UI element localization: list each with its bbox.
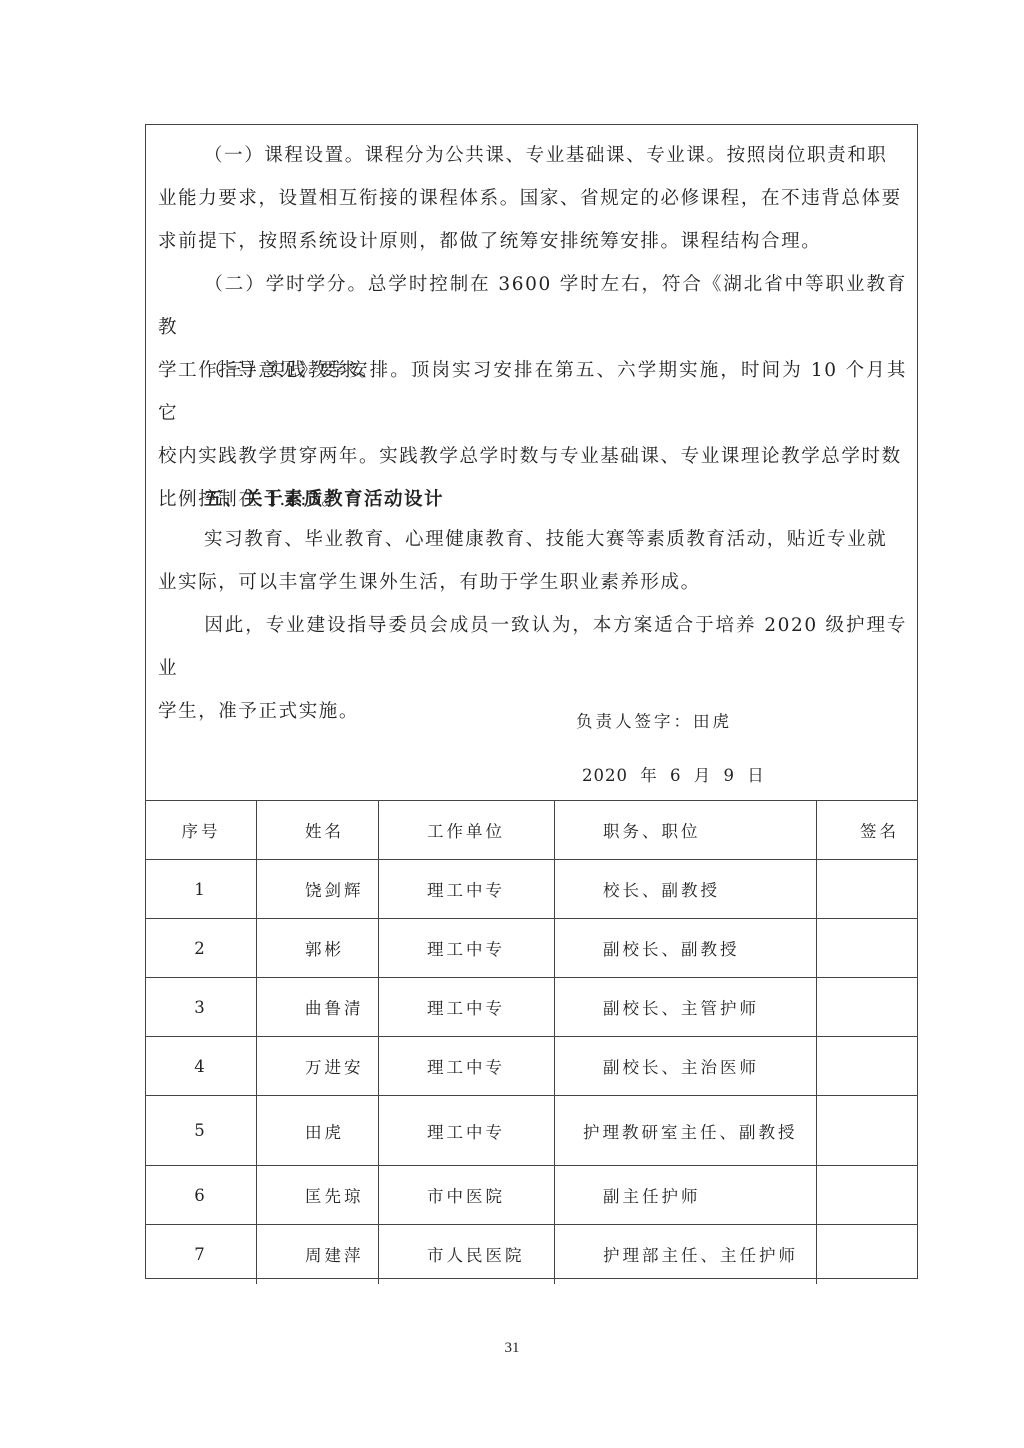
header-name: 姓名 — [257, 801, 379, 860]
cell-signature[interactable] — [817, 1096, 918, 1166]
table-row: 7 周建萍 市人民医院 护理部主任、主任护师 — [146, 1225, 917, 1284]
cell-signature[interactable] — [817, 1166, 918, 1225]
cell-unit: 理工中专 — [379, 978, 555, 1037]
paragraph-line: 业实际，可以丰富学生课外生活，有助于学生职业素养形成。 — [158, 561, 907, 604]
paragraph-quality-education: 实习教育、毕业教育、心理健康教育、技能大赛等素质教育活动，贴近专业就 业实际，可… — [158, 518, 907, 604]
cell-name: 曲鲁清 — [257, 978, 379, 1037]
cell-title: 护理教研室主任、副教授 — [555, 1096, 817, 1166]
header-number: 序号 — [146, 801, 257, 860]
cell-title: 副主任护师 — [555, 1166, 817, 1225]
document-frame: （一）课程设置。课程分为公共课、专业基础课、专业课。按照岗位职责和职 业能力要求… — [145, 124, 918, 1279]
paragraph-line: 校内实践教学贯穿两年。实践教学总学时数与专业基础课、专业课理论教学总学时数 — [158, 435, 907, 478]
paragraph-line: （一）课程设置。课程分为公共课、专业基础课、专业课。按照岗位职责和职 — [204, 145, 887, 166]
cell-signature[interactable] — [817, 1225, 918, 1284]
cell-name: 郭彬 — [257, 919, 379, 978]
paragraph-line: （二）学时学分。总学时控制在 3600 学时左右，符合《湖北省中等职业教育教 — [158, 274, 907, 338]
cell-unit: 市中医院 — [379, 1166, 555, 1225]
paragraph-line: 实习教育、毕业教育、心理健康教育、技能大赛等素质教育活动，贴近专业就 — [204, 529, 887, 550]
cell-title: 副校长、副教授 — [555, 919, 817, 978]
paragraph-line: 业能力要求，设置相互衔接的课程体系。国家、省规定的必修课程，在不违背总体要 — [158, 177, 907, 220]
cell-unit: 理工中专 — [379, 919, 555, 978]
table-row: 2 郭彬 理工中专 副校长、副教授 — [146, 919, 917, 978]
cell-unit: 理工中专 — [379, 1037, 555, 1096]
paragraph-course-setup: （一）课程设置。课程分为公共课、专业基础课、专业课。按照岗位职责和职 业能力要求… — [158, 134, 907, 263]
cell-name: 田虎 — [257, 1096, 379, 1166]
cell-number: 1 — [146, 860, 257, 919]
text-section: （一）课程设置。课程分为公共课、专业基础课、专业课。按照岗位职责和职 业能力要求… — [146, 125, 917, 800]
section-heading: 五、关于素质教育活动设计 — [204, 485, 444, 511]
committee-members-table: 序号 姓名 工作单位 职务、职位 签名 1 饶剑辉 理工中专 校长、副教授 2 … — [146, 800, 917, 1284]
cell-signature[interactable] — [817, 1037, 918, 1096]
header-signature: 签名 — [817, 801, 918, 860]
cell-signature[interactable] — [817, 860, 918, 919]
cell-number: 7 — [146, 1225, 257, 1284]
table-row: 6 匡先琼 市中医院 副主任护师 — [146, 1166, 917, 1225]
table-row: 3 曲鲁清 理工中专 副校长、主管护师 — [146, 978, 917, 1037]
cell-number: 4 — [146, 1037, 257, 1096]
paragraph-line: 求前提下，按照系统设计原则，都做了统筹安排统筹安排。课程结构合理。 — [158, 220, 907, 263]
cell-title: 护理部主任、主任护师 — [555, 1225, 817, 1284]
cell-name: 饶剑辉 — [257, 860, 379, 919]
table-header-row: 序号 姓名 工作单位 职务、职位 签名 — [146, 801, 917, 860]
signature-label: 负责人签字：田虎 — [576, 708, 732, 732]
paragraph-conclusion: 因此，专业建设指导委员会成员一致认为，本方案适合于培养 2020 级护理专业 学… — [158, 604, 907, 733]
cell-unit: 理工中专 — [379, 860, 555, 919]
cell-number: 2 — [146, 919, 257, 978]
cell-signature[interactable] — [817, 978, 918, 1037]
cell-number: 5 — [146, 1096, 257, 1166]
table-row: 1 饶剑辉 理工中专 校长、副教授 — [146, 860, 917, 919]
header-title: 职务、职位 — [555, 801, 817, 860]
header-unit: 工作单位 — [379, 801, 555, 860]
cell-title: 副校长、主管护师 — [555, 978, 817, 1037]
table-row: 5 田虎 理工中专 护理教研室主任、副教授 — [146, 1096, 917, 1166]
cell-number: 3 — [146, 978, 257, 1037]
paragraph-line: 因此，专业建设指导委员会成员一致认为，本方案适合于培养 2020 级护理专业 — [158, 615, 907, 679]
cell-signature[interactable] — [817, 919, 918, 978]
signature-date: 2020 年 6 月 9 日 — [582, 762, 765, 786]
cell-number: 6 — [146, 1166, 257, 1225]
paragraph-line: （三）实践教学安排。顶岗实习安排在第五、六学期实施，时间为 10 个月其它 — [158, 360, 907, 424]
table-row: 4 万进安 理工中专 副校长、主治医师 — [146, 1037, 917, 1096]
cell-unit: 理工中专 — [379, 1096, 555, 1166]
cell-name: 周建萍 — [257, 1225, 379, 1284]
cell-name: 万进安 — [257, 1037, 379, 1096]
cell-title: 副校长、主治医师 — [555, 1037, 817, 1096]
paragraph-line: 学生，准予正式实施。 — [158, 690, 907, 733]
page-number: 31 — [0, 1340, 1024, 1357]
cell-unit: 市人民医院 — [379, 1225, 555, 1284]
cell-title: 校长、副教授 — [555, 860, 817, 919]
cell-name: 匡先琼 — [257, 1166, 379, 1225]
